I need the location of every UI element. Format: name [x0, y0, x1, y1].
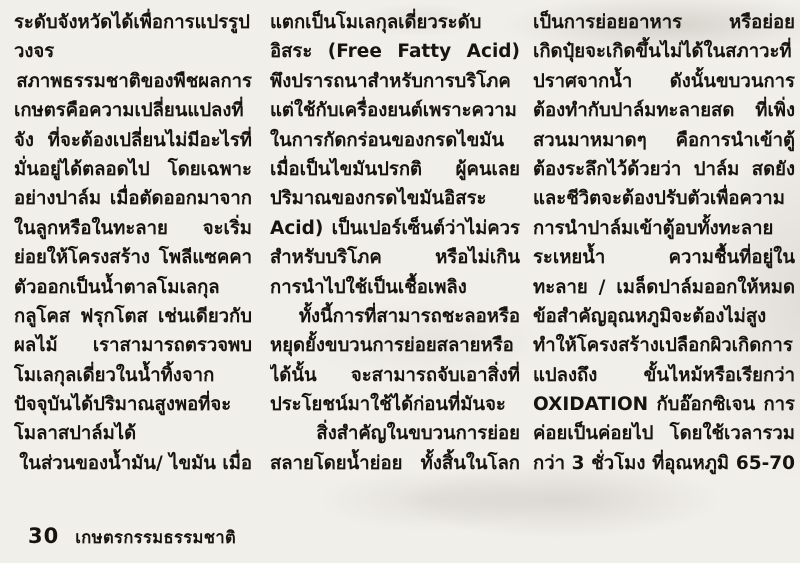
text-line: มั่นอยู่ได้ตลอดไป โดยเฉพาะพืชน้ำมัน	[14, 155, 252, 184]
page-number: 30	[28, 524, 59, 548]
text-line: เมื่อเป็นไขมันปรกติ ผู้คนเลยกำหนด	[270, 155, 520, 184]
text-line: สลายโดยน้ำย่อย ทั้งสิ้นในโลกนี้ไม่ว่าจะ	[270, 449, 520, 478]
publication-title: เกษตรกรรมธรรมชาติ	[75, 525, 236, 551]
magazine-page: ระดับจังหวัดได้เพื่อการแปรรูปที่ครบวงจรส…	[0, 0, 800, 563]
text-line: สภาพธรรมชาติของพืชผลการ	[14, 67, 252, 96]
text-column-3: เป็นการย่อยอาหาร หรือย่อยสลายเพื่อให้เกิ…	[533, 8, 795, 478]
text-line: ข้อสำคัญอุณหภูมิจะต้องไม่สูงเกินไปที่จะ	[533, 302, 795, 331]
text-line: หยุดยั้งขบวนการย่อยสลายหรืออนิจจัง	[270, 331, 520, 360]
article-body: ระดับจังหวัดได้เพื่อการแปรรูปที่ครบวงจรส…	[14, 8, 795, 478]
text-line: ในการกัดกร่อนของกรดไขมันจะสูงกว่า	[270, 126, 520, 155]
text-line: โมเลกุลเดี่ยวในน้ำทิ้งจากโรงงานปาล์ม	[14, 361, 252, 390]
text-line: ในส่วนของน้ำมัน/ ไขมัน เมื่อ	[14, 449, 252, 478]
page-footer: 30 เกษตรกรรมธรรมชาติ	[28, 524, 236, 551]
text-line: ต้องระลึกไว้ด้วยว่า ปาล์ม สดยังมีชีวิต	[533, 155, 795, 184]
text-line: โมลาสปาล์มได้	[14, 419, 252, 448]
text-line: การนำปาล์มเข้าตู้อบทั้งทะลายเพื่อให้	[533, 214, 795, 243]
text-line: ปราศจากน้ำ ดังนั้นขบวนการแรกที่จะ	[533, 67, 795, 96]
text-line: OXIDATION กับอ๊อกซิเจน การอบแบบ	[533, 390, 795, 419]
text-line: ปริมาณของกรดไขมันอิสระ (Free Fatty	[270, 184, 520, 213]
text-line: ปัจจุบันได้ปริมาณสูงพอที่จะพัฒนาเป็น	[14, 390, 252, 419]
text-line: ในลูกหรือในทะลาย จะเริ่มทำงานเพื่อ	[14, 214, 252, 243]
text-line: ได้นั้น จะสามารถจับเอาสิ่งที่เป็น	[270, 361, 520, 390]
text-line: แปลงถึง ขั้นไหม้หรือเรียกว่า	[533, 361, 795, 390]
text-line: แต่ใช้กับเครื่องยนต์เพราะความสามารถ	[270, 96, 520, 125]
text-column-2: แตกเป็นโมเลกุลเดี่ยวระดับ กรดไขมันอิสระ …	[270, 8, 520, 478]
text-line: อิสระ (Free Fatty Acid) เป็นสิ่งที่ไม่	[270, 37, 520, 66]
text-line: และชีวิตจะต้องปรับตัวเพื่อความอยู่รอด	[533, 184, 795, 213]
text-line: เกิดปุ๋ยจะเกิดขึ้นไม่ได้ในสภาวะที่	[533, 37, 795, 66]
text-line: เกษตรคือความเปลี่ยนแปลงที่เป็นอนิจ	[14, 96, 252, 125]
text-line: การนำไปใช้เป็นเชื้อเพลิง	[270, 273, 520, 302]
text-line: ต้องทำกับปาล์มทะลายสด ที่เพิ่งตัดจาก	[533, 96, 795, 125]
text-line: กว่า 3 ชั่วโมง ที่อุณหภูมิ 65-70 °c ใน	[533, 449, 795, 478]
text-line: ระดับจังหวัดได้เพื่อการแปรรูปที่ครบ	[14, 8, 252, 37]
text-line: ทั้งนี้การที่สามารถชะลอหรือ	[270, 302, 520, 331]
text-line: แตกเป็นโมเลกุลเดี่ยวระดับ กรดไขมัน	[270, 8, 520, 37]
text-line: อย่างปาล์ม เมื่อตัดออกมาจากต้นน้ำย่อย	[14, 184, 252, 213]
text-line: สวนมาหมาดๆ คือการนำเข้าตู้อบ ทั้งนี้	[533, 126, 795, 155]
text-line: สิ่งสำคัญในขบวนการย่อย	[270, 419, 520, 448]
text-line: ทำให้โครงสร้างเปลือกผิวเกิดการเปลี่ยน	[533, 331, 795, 360]
text-line: จัง ที่จะต้องเปลี่ยนไม่มีอะไรที่อยู่คงที…	[14, 126, 252, 155]
text-line: ตัวออกเป็นน้ำตาลโมเลกุลเดี่ยวระดับ	[14, 273, 252, 302]
text-line: ประโยชน์มาใช้ได้ก่อนที่มันจะเปลี่ยนไป	[270, 390, 520, 419]
text-line: ย่อยให้โครงสร้าง โพลีแซคคาไรด์ แตก	[14, 243, 252, 272]
text-line: สำหรับบริโภค หรือไม่เกิน 10% สำหรับ	[270, 243, 520, 272]
text-line: พึงปรารถนาสำหรับการบริโภค หรือแม้	[270, 67, 520, 96]
text-line: เป็นการย่อยอาหาร หรือย่อยสลายเพื่อให้	[533, 8, 795, 37]
text-line: Acid) เป็นเปอร์เซ็นต์ว่าไม่ควรเกิน 5%	[270, 214, 520, 243]
text-line: ผลไม้ เราสามารถตรวจพบน้ำตาล	[14, 331, 252, 360]
text-line: ระเหยน้ำ ความชื้นที่อยู่ในโครงสร้าง	[533, 243, 795, 272]
text-line: วงจร	[14, 37, 252, 66]
text-line: ทะลาย / เมล็ดปาล์มออกให้หมด	[533, 273, 795, 302]
text-line: กลูโคส ฟรุกโตส เช่นเดียวกับการสุกของ	[14, 302, 252, 331]
text-line: ค่อยเป็นค่อยไป โดยใช้เวลารวมไม่ต่ำ	[533, 419, 795, 448]
text-column-1: ระดับจังหวัดได้เพื่อการแปรรูปที่ครบวงจรส…	[14, 8, 252, 478]
